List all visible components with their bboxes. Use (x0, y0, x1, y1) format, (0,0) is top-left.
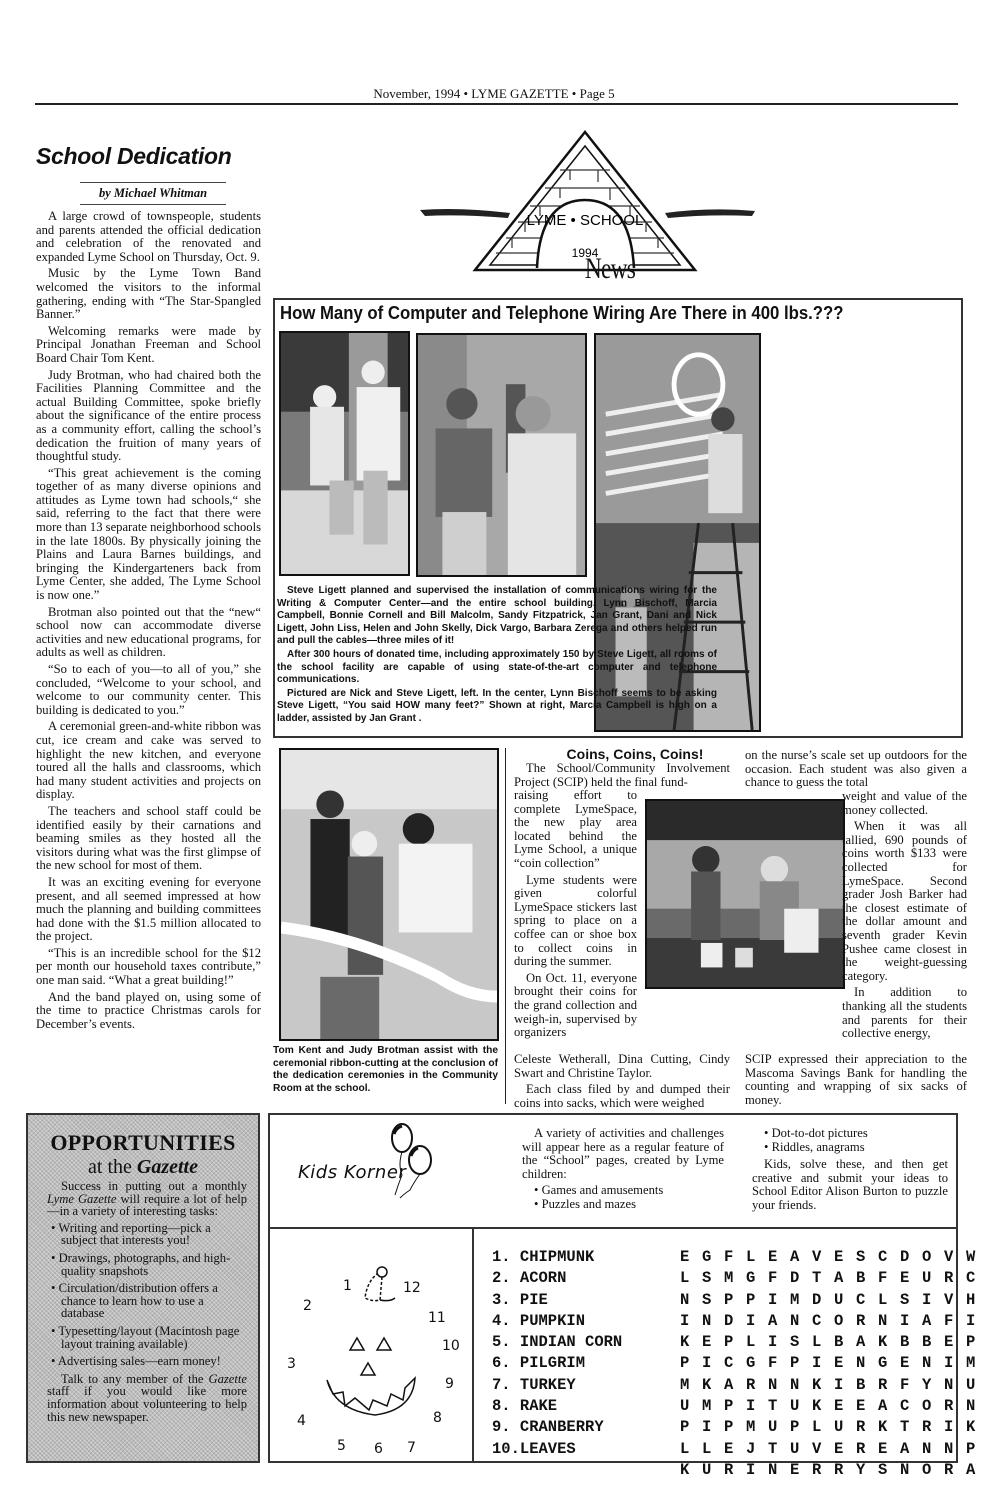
word-list-item: 9. CRANBERRY (492, 1417, 622, 1438)
article-headline: School Dedication (36, 143, 232, 170)
coins-column-2-wrap: weight and value of the money collected.… (842, 790, 967, 1044)
photo-coin-collection (645, 799, 845, 989)
photo-ribbon-cutting (279, 748, 499, 1041)
masthead-rule (35, 103, 958, 105)
coins-paragraph: When it was all tallied, 690 pounds of c… (842, 820, 967, 983)
svg-text:1: 1 (343, 1278, 352, 1294)
opportunities-item: • Typesetting/layout (Macintosh page lay… (47, 1325, 247, 1350)
wiring-feature-title: How Many of Computer and Telephone Wirin… (280, 303, 843, 324)
opportunities-item: • Writing and reporting—pick a subject t… (47, 1222, 247, 1247)
opportunities-list: • Writing and reporting—pick a subject t… (47, 1222, 247, 1368)
coins-paragraph: weight and value of the money collected. (842, 790, 967, 817)
article-paragraph: “This is an incredible school for the $1… (36, 947, 261, 988)
kids-korner-outro: • Dot-to-dot pictures • Riddles, anagram… (752, 1127, 948, 1216)
opportunities-item: • Drawings, photographs, and high-qualit… (47, 1252, 247, 1277)
article-paragraph: It was an exciting evening for everyone … (36, 876, 261, 944)
svg-text:2: 2 (303, 1298, 312, 1314)
article-byline: by Michael Whitman (36, 186, 270, 201)
coins-column-2-bottom: SCIP expressed their appreciation to the… (745, 1053, 967, 1110)
kids-activity-item: • Games and amusements (522, 1184, 724, 1198)
coins-paragraph: Each class filed by and dumped their coi… (514, 1083, 730, 1110)
byline-rule-top (80, 182, 226, 183)
page-masthead: November, 1994 • LYME GAZETTE • Page 5 (0, 86, 988, 102)
photo-nick-steve-ligett (279, 331, 410, 576)
grid-row: P I C G F P I E N G E N I M (680, 1353, 977, 1374)
balloons-icon (380, 1120, 440, 1200)
photo-lynn-bischoff-steve-ligett (416, 333, 587, 577)
coins-headline: Coins, Coins, Coins! (540, 746, 730, 762)
opportunities-item: • Circulation/distribution offers a chan… (47, 1282, 247, 1320)
article-paragraph: A large crowd of townspeople, students a… (36, 210, 261, 264)
word-list-item: 7. TURKEY (492, 1375, 622, 1396)
word-list-item: 4. PUMPKIN (492, 1311, 622, 1332)
grid-row: I N D I A N C O R N I A F I (680, 1311, 977, 1332)
article-paragraph: “So to each of you—to all of you,” she c… (36, 663, 261, 717)
word-list-item: 8. RAKE (492, 1396, 622, 1417)
ribbon-cutting-caption: Tom Kent and Judy Brotman assist with th… (273, 1045, 498, 1095)
article-paragraph: Judy Brotman, who had chaired both the F… (36, 369, 261, 464)
article-paragraph: The teachers and school staff could be i… (36, 805, 261, 873)
caption-paragraph: Pictured are Nick and Steve Ligett, left… (277, 688, 717, 726)
grid-row: N S P P I M D U C L S I V H (680, 1290, 977, 1311)
grid-row: M K A R N N K I B R F Y N U (680, 1375, 977, 1396)
word-list-item: 6. PILGRIM (492, 1353, 622, 1374)
kids-activity-item: • Riddles, anagrams (752, 1141, 948, 1155)
svg-text:5: 5 (337, 1438, 346, 1454)
word-list-item: 5. INDIAN CORN (492, 1332, 622, 1353)
coins-paragraph: Lyme students were given colorful LymeSp… (514, 874, 637, 969)
svg-text:9: 9 (445, 1376, 454, 1392)
article-body: A large crowd of townspeople, students a… (36, 210, 261, 1034)
opportunities-outro: Talk to any member of the Gazette staff … (47, 1373, 247, 1423)
article-paragraph: Music by the Lyme Town Band welcomed the… (36, 267, 261, 321)
coins-paragraph: SCIP expressed their appreciation to the… (745, 1053, 967, 1107)
column-divider (505, 748, 506, 1104)
article-paragraph: Brotman also pointed out that the “new“ … (36, 606, 261, 660)
coins-paragraph: The School/Community Involvement Project… (514, 762, 730, 789)
word-list-item: 1. CHIPMUNK (492, 1247, 622, 1268)
kids-korner-divider (268, 1227, 958, 1229)
logo-news-title: News (571, 252, 649, 286)
grid-row: L L E J T U V E R E A N N P (680, 1439, 977, 1460)
svg-text:12: 12 (403, 1280, 421, 1296)
coins-continued: Celeste Wetherall, Dina Cutting, Cindy S… (514, 1053, 730, 1113)
coins-paragraph: raising effort to complete LymeSpace, th… (514, 789, 637, 871)
coins-wrapped-text: raising effort to complete LymeSpace, th… (514, 789, 637, 1043)
svg-text:8: 8 (433, 1410, 442, 1426)
kids-korner-vertical-divider (472, 1227, 474, 1463)
word-list-item: 2. ACORN (492, 1268, 622, 1289)
grid-row: E G F L E A V E S C D O V W (680, 1247, 977, 1268)
opportunities-subtitle: at the Gazette (26, 1156, 260, 1179)
svg-text:3: 3 (287, 1356, 296, 1372)
opportunities-body: Success in putting out a monthly Lyme Ga… (47, 1180, 247, 1425)
caption-paragraph: After 300 hours of donated time, includi… (277, 649, 717, 687)
kids-activity-item: • Dot-to-dot pictures (752, 1127, 948, 1141)
article-paragraph: “This great achievement is the coming to… (36, 467, 261, 603)
word-search-grid: E G F L E A V E S C D O V W L S M G F D … (680, 1247, 977, 1481)
grid-row: K U R I N E R R Y S N O R A (680, 1460, 977, 1481)
caption-paragraph: Steve Ligett planned and supervised the … (277, 585, 717, 648)
kids-korner-intro: A variety of activities and challenges w… (522, 1127, 724, 1212)
grid-row: K E P L I S L B A K B B E P (680, 1332, 977, 1353)
article-paragraph: And the band played on, using some of th… (36, 991, 261, 1032)
grid-row: U M P I T U K E E A C O R N (680, 1396, 977, 1417)
coins-paragraph: Celeste Wetherall, Dina Cutting, Cindy S… (514, 1053, 730, 1080)
word-search-list: 1. CHIPMUNK 2. ACORN 3. PIE 4. PUMPKIN 5… (492, 1247, 622, 1460)
coins-column-2-top: on the nurse’s scale set up outdoors for… (745, 749, 967, 793)
wiring-caption: Steve Ligett planned and supervised the … (277, 585, 717, 727)
kids-activity-item: • Puzzles and mazes (522, 1198, 724, 1212)
article-paragraph: Welcoming remarks were made by Principal… (36, 325, 261, 366)
svg-text:6: 6 (374, 1441, 383, 1457)
svg-text:10: 10 (442, 1338, 460, 1354)
word-list-item: 3. PIE (492, 1290, 622, 1311)
svg-text:4: 4 (297, 1413, 306, 1429)
article-paragraph: A ceremonial green-and-white ribbon was … (36, 720, 261, 802)
opportunities-item: • Advertising sales—earn money! (47, 1355, 247, 1368)
coins-paragraph: In addition to thanking all the students… (842, 986, 967, 1040)
grid-row: L S M G F D T A B F E U R C (680, 1268, 977, 1289)
logo-arch-text: LYME • SCHOOL (527, 212, 644, 229)
svg-text:11: 11 (428, 1310, 446, 1326)
grid-row: P I P M U P L U R K T R I K (680, 1417, 977, 1438)
coins-paragraph: On Oct. 11, everyone brought their coins… (514, 972, 637, 1040)
byline-rule-bottom (80, 204, 226, 205)
svg-text:7: 7 (407, 1440, 416, 1456)
opportunities-title: OPPORTUNITIES (26, 1130, 260, 1156)
dot-to-dot-pumpkin: 1 2 3 4 5 6 7 8 9 10 11 12 (285, 1260, 465, 1460)
opportunities-intro: Success in putting out a monthly Lyme Ga… (47, 1180, 247, 1218)
coins-paragraph: on the nurse’s scale set up outdoors for… (745, 749, 967, 790)
word-list-item: 10.LEAVES (492, 1439, 622, 1460)
